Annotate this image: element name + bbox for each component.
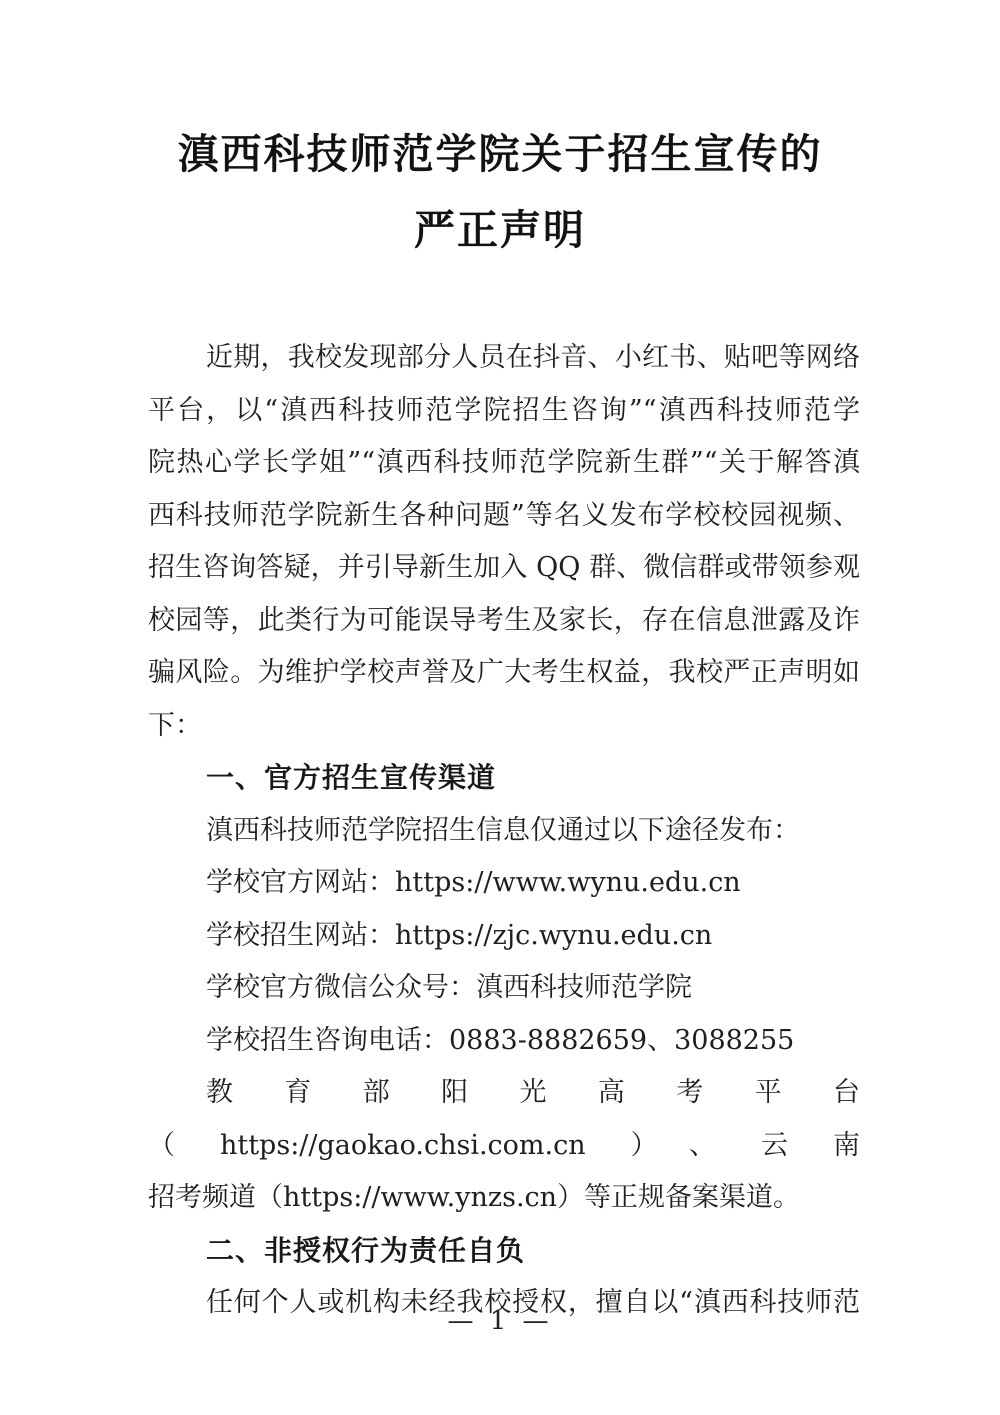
document-title-line-2: 严正声明	[0, 192, 1000, 268]
document-title-line-1: 滇西科技师范学院关于招生宣传的	[0, 116, 1000, 192]
wechat-account-line: 学校官方微信公众号：滇西科技师范学院	[148, 962, 860, 1015]
admissions-website-line: 学校招生网站：https://zjc.wynu.edu.cn	[148, 910, 860, 963]
section2-heading: 二、非授权行为责任自负	[148, 1225, 860, 1278]
paragraph-line: 招生咨询答疑，并引导新生加入 QQ 群、微信群或带领参观	[148, 542, 860, 595]
paragraph-line: 西科技师范学院新生各种问题”等名义发布学校校园视频、	[148, 490, 860, 543]
document-title: 滇西科技师范学院关于招生宣传的 严正声明	[0, 0, 1000, 268]
document-page: 滇西科技师范学院关于招生宣传的 严正声明 近期，我校发现部分人员在抖音、小红书、…	[0, 0, 1000, 1415]
section1-intro-line: 滇西科技师范学院招生信息仅通过以下途径发布：	[148, 805, 860, 858]
paragraph-line: 院热心学长学姐”“滇西科技师范学院新生群”“关于解答滇	[148, 437, 860, 490]
intro-paragraph: 近期，我校发现部分人员在抖音、小红书、贴吧等网络 平台，以“滇西科技师范学院招生…	[148, 332, 860, 752]
paragraph-line: 下：	[148, 700, 860, 753]
other-channels-line: 教育部阳光高考平台（https://gaokao.chsi.com.cn）、云南	[148, 1067, 860, 1172]
section1-heading: 一、官方招生宣传渠道	[148, 752, 860, 805]
paragraph-line: 骗风险。为维护学校声誉及广大考生权益，我校严正声明如	[148, 647, 860, 700]
section-official-channels: 一、官方招生宣传渠道 滇西科技师范学院招生信息仅通过以下途径发布： 学校官方网站…	[148, 752, 860, 1225]
phone-line: 学校招生咨询电话：0883-8882659、3088255	[148, 1015, 860, 1068]
document-body: 近期，我校发现部分人员在抖音、小红书、贴吧等网络 平台，以“滇西科技师范学院招生…	[148, 332, 860, 1330]
paragraph-line: 近期，我校发现部分人员在抖音、小红书、贴吧等网络	[148, 332, 860, 385]
official-website-line: 学校官方网站：https://www.wynu.edu.cn	[148, 857, 860, 910]
page-number: — 1 —	[0, 1306, 1000, 1336]
other-channels-line: 招考频道（https://www.ynzs.cn）等正规备案渠道。	[148, 1172, 860, 1225]
paragraph-line: 平台，以“滇西科技师范学院招生咨询”“滇西科技师范学	[148, 385, 860, 438]
paragraph-line: 校园等，此类行为可能误导考生及家长，存在信息泄露及诈	[148, 595, 860, 648]
